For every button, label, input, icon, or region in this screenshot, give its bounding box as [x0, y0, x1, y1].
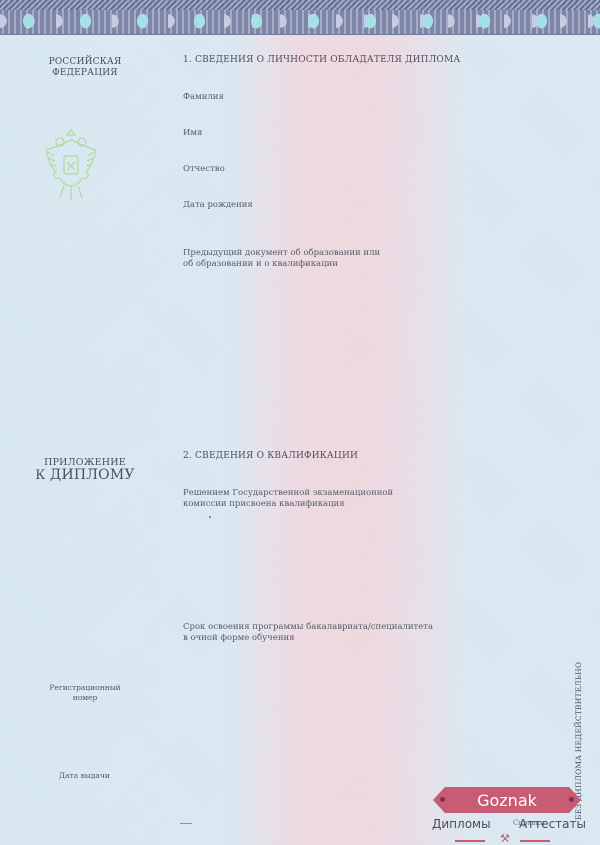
- registration-number-label: Регистрационный номер: [30, 683, 140, 703]
- qualification-decision-label: Решением Государственной экзаменационной…: [183, 488, 393, 510]
- link-attestats[interactable]: Аттестаты: [519, 817, 586, 831]
- goznak-brand: Goznak: [477, 791, 537, 810]
- country-line-1: РОССИЙСКАЯ: [40, 57, 130, 68]
- appendix-prefix: К: [35, 468, 45, 483]
- field-name-label: Имя: [183, 128, 202, 138]
- reg-line-2: номер: [30, 693, 140, 703]
- ornamental-border-top: [0, 0, 600, 10]
- previous-document-label: Предыдущий документ об образовании или о…: [183, 248, 380, 270]
- link-diplomas[interactable]: Дипломы: [432, 817, 491, 831]
- field-birthdate-label: Дата рождения: [183, 200, 253, 210]
- signature-mark: [180, 823, 192, 824]
- reg-line-1: Регистрационный: [30, 683, 140, 693]
- appendix-title: ПРИЛОЖЕНИЕ К ДИПЛОМУ: [30, 456, 140, 482]
- dot-icon: [440, 797, 445, 802]
- goznak-logo[interactable]: Goznak: [433, 787, 581, 813]
- decision-line-2: комиссии присвоена квалификация: [183, 499, 393, 510]
- prev-doc-line-2: об образовании и о квалификации: [183, 259, 380, 270]
- dot-mark: [209, 516, 211, 518]
- term-line-2: в очной форме обучения: [183, 633, 433, 644]
- section-1-title: 1. СВЕДЕНИЯ О ЛИЧНОСТИ ОБЛАДАТЕЛЯ ДИПЛОМ…: [183, 55, 460, 65]
- field-surname-label: Фамилия: [183, 92, 224, 102]
- country-line-2: ФЕДЕРАЦИЯ: [40, 68, 130, 79]
- gavel-icon: ⚒: [500, 832, 510, 845]
- dot-icon: [569, 797, 574, 802]
- issue-date-label: Дата выдачи: [59, 771, 110, 780]
- coat-of-arms-icon: [40, 122, 102, 212]
- section-2-title: 2. СВЕДЕНИЯ О КВАЛИФИКАЦИИ: [183, 451, 358, 461]
- study-term-label: Срок освоения программы бакалавриата/спе…: [183, 622, 433, 644]
- appendix-line-2: ДИПЛОМУ: [50, 467, 135, 483]
- underline-right: [520, 840, 550, 842]
- prev-doc-line-1: Предыдущий документ об образовании или: [183, 248, 380, 259]
- decision-line-1: Решением Государственной экзаменационной: [183, 488, 393, 499]
- underline-left: [455, 840, 485, 842]
- term-line-1: Срок освоения программы бакалавриата/спе…: [183, 622, 433, 633]
- field-patronymic-label: Отчество: [183, 164, 225, 174]
- country-name: РОССИЙСКАЯ ФЕДЕРАЦИЯ: [40, 57, 130, 79]
